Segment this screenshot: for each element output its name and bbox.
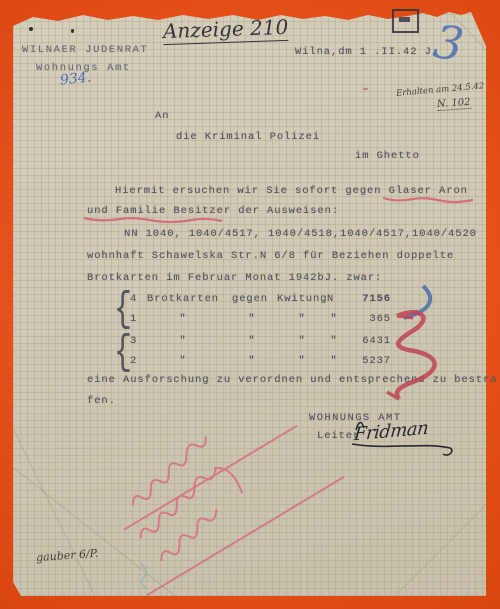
- row-count: 2: [130, 355, 137, 367]
- row-count: 1: [130, 313, 137, 325]
- row-word3: ": [277, 355, 327, 367]
- stamp-box: [392, 9, 419, 33]
- document-content: Anzeige 210 WILNAER JUDENRAT Wohnungs Am…: [0, 0, 500, 609]
- row-count: 3: [130, 335, 137, 347]
- body-paragraph-line1: Hiermit ersuchen wir Sie sofort gegen Gl…: [115, 185, 468, 197]
- closing-line2: fen.: [87, 395, 116, 407]
- period-line: Brotkarten im Februar Monat 1942bJ. zwar…: [87, 272, 382, 284]
- row-word2: ": [232, 313, 272, 325]
- row-count: 4: [130, 293, 137, 305]
- row-word4: ": [327, 355, 341, 367]
- red-tick-mark: [363, 88, 368, 91]
- photo-background: Anzeige 210 WILNAER JUDENRAT Wohnungs Am…: [0, 0, 500, 609]
- row-word3: Kwitung: [277, 293, 327, 305]
- row-word3: ": [277, 313, 327, 325]
- recipient-line2: im Ghetto: [355, 150, 420, 162]
- body-paragraph-line2: und Familie Besitzer der Ausweisen:: [87, 205, 339, 217]
- handwritten-anzeige-title: Anzeige 210: [163, 15, 289, 45]
- row-word4: ": [327, 313, 341, 325]
- row-word1: ": [147, 355, 219, 367]
- id-numbers-line: NN 1040, 1040/4517, 1040/4518,1040/4517,…: [124, 228, 477, 240]
- staple-hole: [29, 27, 33, 31]
- row-word3: ": [277, 335, 327, 347]
- row-number: 5237: [341, 355, 391, 367]
- address-line: wohnhaft Schawelska Str.N 6/8 für Bezieh…: [87, 250, 454, 262]
- date-line: Wilna,dm 1 .II.42 J.: [295, 46, 439, 58]
- row-word4: N: [327, 293, 341, 305]
- big-blue-digit: 3: [430, 14, 467, 72]
- stamp-smudge: [399, 17, 410, 22]
- closing-line1: eine Ausforschung zu verordnen und entsp…: [87, 374, 497, 386]
- received-number: N. 102: [437, 97, 471, 111]
- blue-handwritten-number: 934.: [59, 69, 92, 88]
- recipient-line1: die Kriminal Polizei: [176, 131, 320, 143]
- staple-hole: [71, 29, 74, 33]
- row-number: 6431: [341, 335, 391, 347]
- row-word4: ": [327, 335, 341, 347]
- org-name-line1: WILNAER JUDENRAT: [22, 44, 148, 56]
- row-word1: ": [147, 335, 219, 347]
- pencil-note: gauber 6/P.: [36, 547, 99, 564]
- row-word2: ": [232, 335, 272, 347]
- row-word2: gegen: [232, 293, 272, 305]
- recipient-an: An: [155, 110, 169, 122]
- row-word1: ": [147, 313, 219, 325]
- row-word1: Brotkarten: [147, 293, 219, 305]
- row-number: 7156: [341, 293, 391, 305]
- row-word2: ": [232, 355, 272, 367]
- row-number: 365: [341, 313, 391, 325]
- received-note: Erhalten am 24.5.42: [396, 81, 485, 99]
